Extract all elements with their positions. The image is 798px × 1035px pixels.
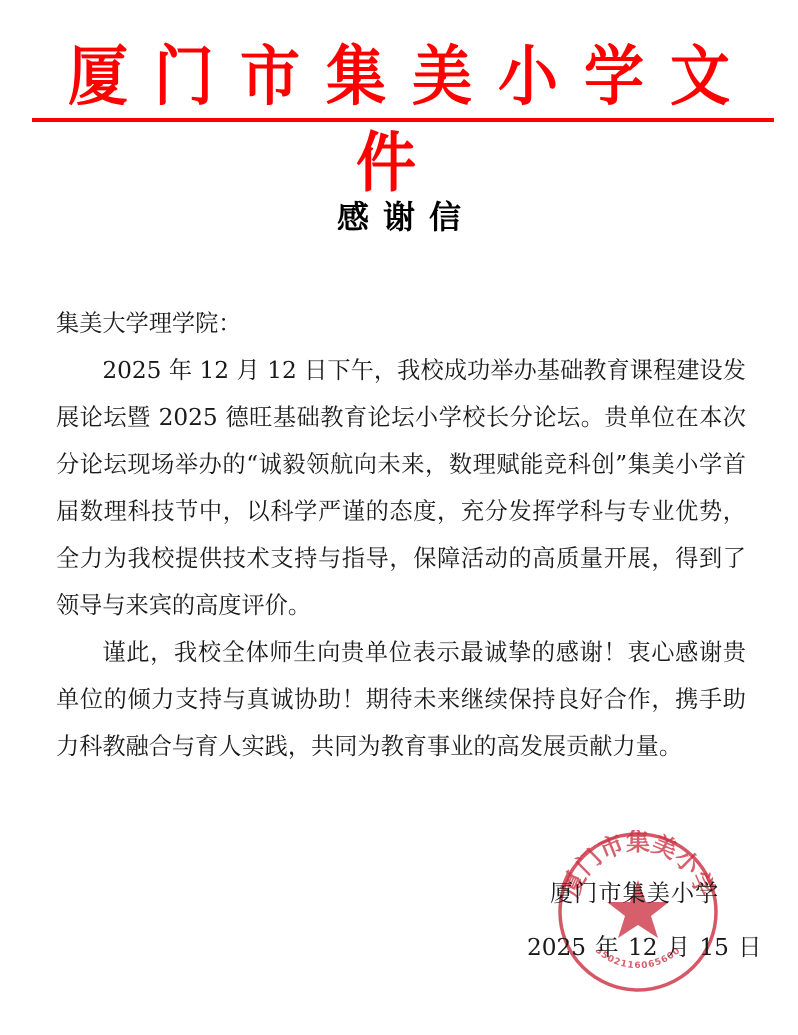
official-seal-icon: 厦门市集美小学 3502116065600 xyxy=(556,830,720,994)
paragraph-1-container: 2025 年 12 月 12 日下午，我校成功举办基础教育课程建设发展论坛暨 2… xyxy=(56,347,746,629)
salutation: 集美大学理学院： xyxy=(56,300,746,347)
paragraph-2-container: 谨此，我校全体师生向贵单位表示最诚挚的感谢！衷心感谢贵单位的倾力支持与真诚协助！… xyxy=(56,629,746,770)
paragraph-1: 2025 年 12 月 12 日下午，我校成功举办基础教育课程建设发展论坛暨 2… xyxy=(56,347,746,629)
paragraph-2: 谨此，我校全体师生向贵单位表示最诚挚的感谢！衷心感谢贵单位的倾力支持与真诚协助！… xyxy=(56,629,746,770)
signature-organization: 厦门市集美小学 xyxy=(550,874,719,908)
letterhead-rule xyxy=(32,118,774,122)
document-title: 感谢信 xyxy=(0,192,798,238)
signature-date: 2025 年 12 月 15 日 xyxy=(527,928,761,962)
